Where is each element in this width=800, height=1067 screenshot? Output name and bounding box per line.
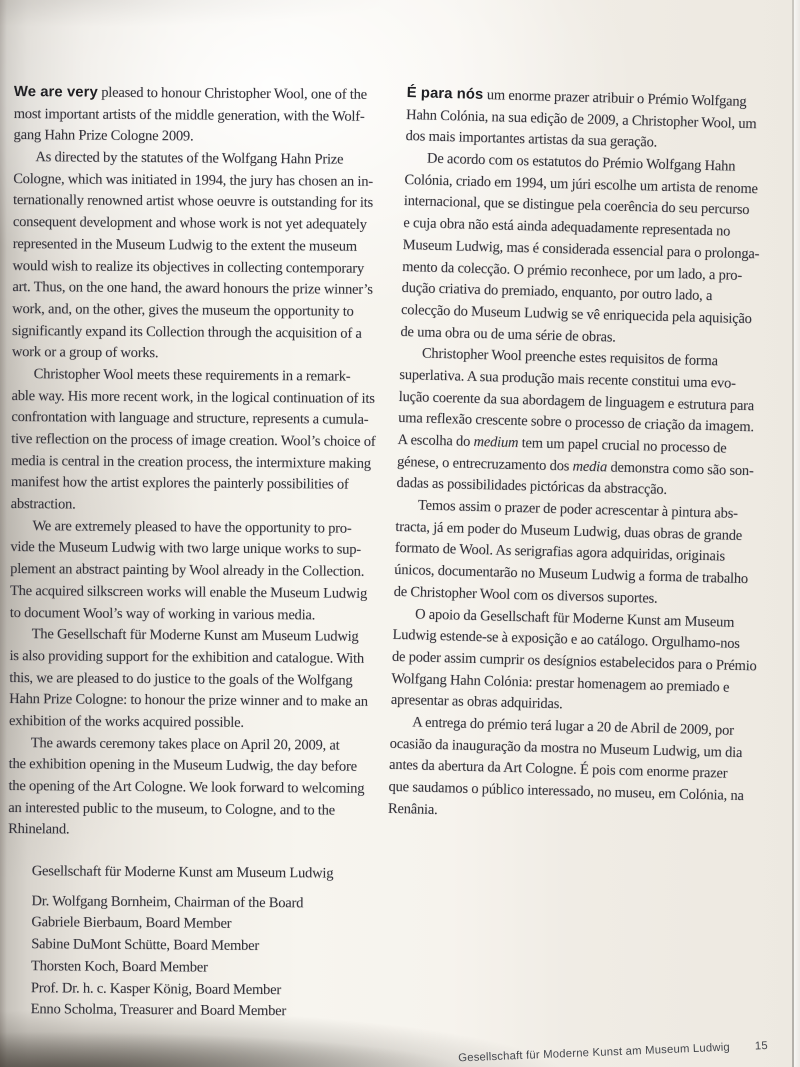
text-line: Hahn Prize Cologne: to honour the prize … — [9, 689, 392, 714]
credits-organization: Gesellschaft für Moderne Kunst am Museum… — [32, 861, 391, 886]
text-line: abstraction. — [11, 494, 394, 519]
credits-member: Dr. Wolfgang Bornheim, Chairman of the B… — [31, 891, 390, 916]
text-line: significantly expand its Collection thro… — [12, 321, 395, 346]
text-line: As directed by the statutes of the Wolfg… — [13, 147, 396, 172]
text-line: to document Wool’s way of working in var… — [10, 602, 393, 627]
text-line: an interested public to the museum, to C… — [8, 798, 391, 823]
text-line: The Gesellschaft für Moderne Kunst am Mu… — [10, 624, 393, 649]
text-line: consequent development and whose work is… — [13, 212, 396, 237]
text-line: most important artists of the middle gen… — [14, 104, 397, 129]
english-paragraphs: We are very pleased to honour Christophe… — [8, 82, 397, 844]
credits-block: Gesellschaft für Moderne Kunst am Museum… — [7, 861, 391, 1024]
credits-member: Sabine DuMont Schütte, Board Member — [31, 934, 390, 959]
portuguese-paragraphs: É para nós um enorme prazer atribuir o P… — [388, 83, 794, 830]
text-line: this, we are pleased to do justice to th… — [9, 668, 392, 693]
text-line: art. Thus, on the one hand, the award ho… — [12, 277, 395, 302]
paragraph: The awards ceremony takes place on April… — [8, 733, 392, 844]
text-line: vide the Museum Ludwig with two large un… — [10, 537, 393, 562]
text-line: exhibition of the works acquired possibl… — [9, 711, 392, 736]
text-line: Christopher Wool meets these requirement… — [12, 364, 395, 389]
text-line: work or a group of works. — [12, 342, 395, 367]
text-line: tive reflection on the process of image … — [11, 429, 394, 454]
text-line: We are very pleased to honour Christophe… — [14, 82, 397, 107]
text-line: is also providing support for the exhibi… — [9, 646, 392, 671]
paragraph: As directed by the statutes of the Wolfg… — [12, 147, 397, 367]
text-line: ternationally renowned artist whose oeuv… — [13, 190, 396, 215]
text-line: the exhibition opening in the Museum Lud… — [9, 754, 392, 779]
credits-member: Thorsten Koch, Board Member — [31, 956, 390, 981]
text-line: The awards ceremony takes place on April… — [9, 733, 392, 758]
book-page-photo: We are very pleased to honour Christophe… — [0, 0, 800, 1067]
paragraph: O apoio da Gesellschaft für Moderne Kuns… — [391, 603, 781, 722]
text-line: plement an abstract painting by Wool alr… — [10, 559, 393, 584]
text-line: manifest how the artist explores the pai… — [11, 472, 394, 497]
credits-member: Gabriele Bierbaum, Board Member — [31, 913, 390, 938]
credits-member: Enno Scholma, Treasurer and Board Member — [31, 999, 390, 1024]
credits-members: Dr. Wolfgang Bornheim, Chairman of the B… — [31, 891, 391, 1024]
bold-lead-in: We are very — [14, 84, 98, 101]
portuguese-column: É para nós um enorme prazer atribuir o P… — [388, 83, 794, 830]
paragraph: The Gesellschaft für Moderne Kunst am Mu… — [9, 624, 393, 735]
text-line: We are extremely pleased to have the opp… — [10, 516, 393, 541]
text-line: confrontation with language and structur… — [11, 407, 394, 432]
paragraph: We are extremely pleased to have the opp… — [10, 516, 394, 627]
english-column: We are very pleased to honour Christophe… — [7, 82, 397, 1024]
paragraph: A entrega do prémio terá lugar a 20 de A… — [388, 712, 778, 831]
credits-member: Prof. Dr. h. c. Kasper König, Board Memb… — [31, 978, 390, 1003]
paragraph: Christopher Wool meets these requirement… — [11, 364, 395, 519]
text-line: represented in the Museum Ludwig to the … — [13, 234, 396, 259]
text-line: Rhineland. — [8, 819, 391, 844]
paragraph: De acordo com os estatutos do Prémio Wol… — [400, 148, 792, 353]
page-footer: Gesellschaft für Moderne Kunst am Museum… — [458, 1040, 768, 1064]
paragraph: Temos assim o prazer de poder acrescenta… — [393, 495, 783, 614]
page-edge-strip — [794, 0, 800, 1067]
bold-lead-in: É para nós — [407, 85, 484, 103]
text-line: the opening of the Art Cologne. We look … — [8, 776, 391, 801]
paragraph: We are very pleased to honour Christophe… — [13, 82, 396, 150]
text-line: gang Hahn Prize Cologne 2009. — [13, 125, 396, 150]
footer-imprint: Gesellschaft für Moderne Kunst am Museum… — [458, 1042, 730, 1065]
text-line: able way. His more recent work, in the l… — [11, 386, 394, 411]
text-line: Cologne, which was initiated in 1994, th… — [13, 169, 396, 194]
paragraph: Christopher Wool preenche estes requisit… — [396, 343, 787, 505]
text-line: The acquired silkscreen works will enabl… — [10, 581, 393, 606]
text-line: media is central in the creation process… — [11, 451, 394, 476]
paragraph: É para nós um enorme prazer atribuir o P… — [405, 83, 794, 158]
text-line: would wish to realize its objectives in … — [12, 255, 395, 280]
page-number: 15 — [755, 1040, 768, 1053]
text-line: work, and, on the other, gives the museu… — [12, 299, 395, 324]
